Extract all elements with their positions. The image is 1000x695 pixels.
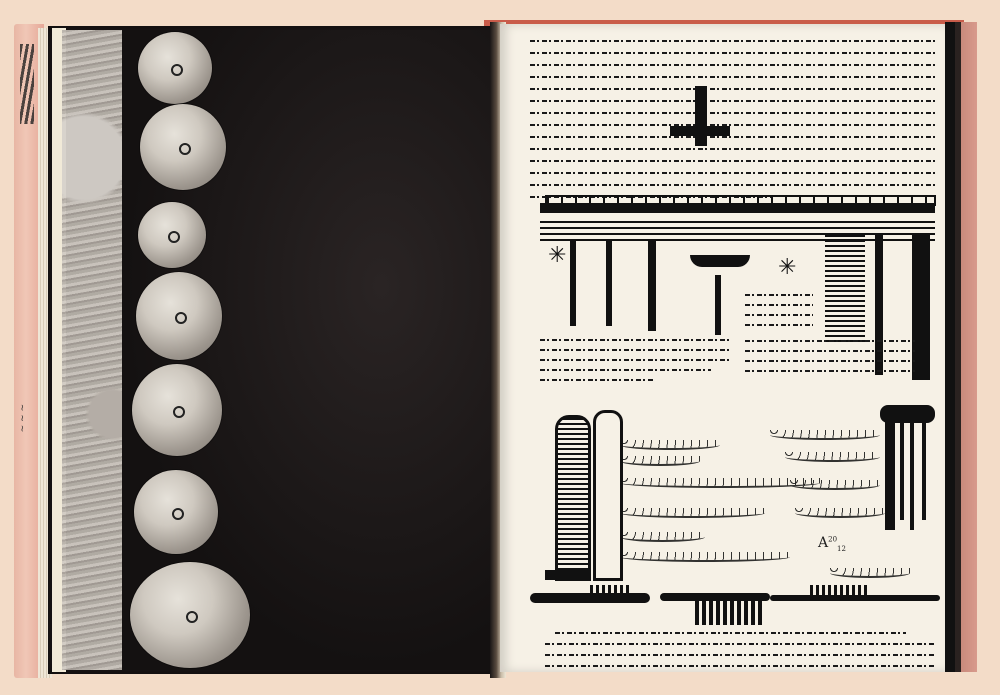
artist-signature: A2012 [818, 535, 846, 553]
ink-tower-base [670, 126, 730, 136]
cover-handwritten-note: ~ ~ ~ [18, 404, 28, 432]
hanging-strand [910, 420, 914, 530]
signature-year-top: 20 [828, 535, 837, 543]
bridge-caption-right [745, 290, 915, 385]
bridge-deck [540, 203, 935, 213]
textured-disc [130, 562, 250, 668]
cover-scribble [20, 44, 34, 124]
textured-disc [132, 364, 222, 456]
wavy-line [790, 480, 880, 490]
comb-outline [593, 410, 623, 581]
textured-disc [138, 32, 212, 104]
handwritten-paragraph [530, 36, 935, 216]
hanging-strand [922, 420, 926, 520]
black-paper-collage [122, 30, 492, 670]
brush-bristles [590, 585, 630, 599]
hatched-comb [555, 415, 591, 581]
wavy-line [785, 452, 880, 462]
bridge-pillar [715, 275, 721, 335]
bridge-pillar [570, 241, 576, 326]
star-icon: ✳ [548, 245, 566, 267]
wavy-line [620, 508, 765, 518]
wavy-line [620, 552, 790, 562]
star-icon: ✳ [778, 257, 796, 279]
bridge-pillar [648, 241, 656, 331]
textured-disc [138, 202, 206, 268]
handwritten-bottom-text [545, 610, 935, 670]
wavy-line [620, 440, 720, 450]
wavy-line [795, 508, 885, 518]
book-cover-right-edge [945, 22, 977, 672]
bridge-pillar [606, 241, 612, 326]
wavy-line [620, 532, 705, 542]
signature-initial: A [818, 535, 828, 551]
comb-drawing [545, 410, 625, 585]
brush-bristles [810, 585, 870, 597]
textured-disc [140, 104, 226, 190]
hanging-strand [900, 420, 904, 520]
comb-base [545, 570, 591, 580]
ink-tower-drawing [695, 86, 707, 146]
bridge-drawing: ✳ ✳ [540, 195, 935, 385]
wavy-line [770, 430, 880, 440]
bridge-caption-left [540, 335, 730, 385]
wavy-line [830, 568, 910, 578]
wavy-line [620, 456, 700, 466]
bridge-arch [690, 255, 750, 267]
textured-disc [136, 272, 222, 360]
hanging-column [885, 420, 895, 530]
signature-year-bottom: 12 [837, 545, 846, 553]
textured-disc [134, 470, 218, 554]
